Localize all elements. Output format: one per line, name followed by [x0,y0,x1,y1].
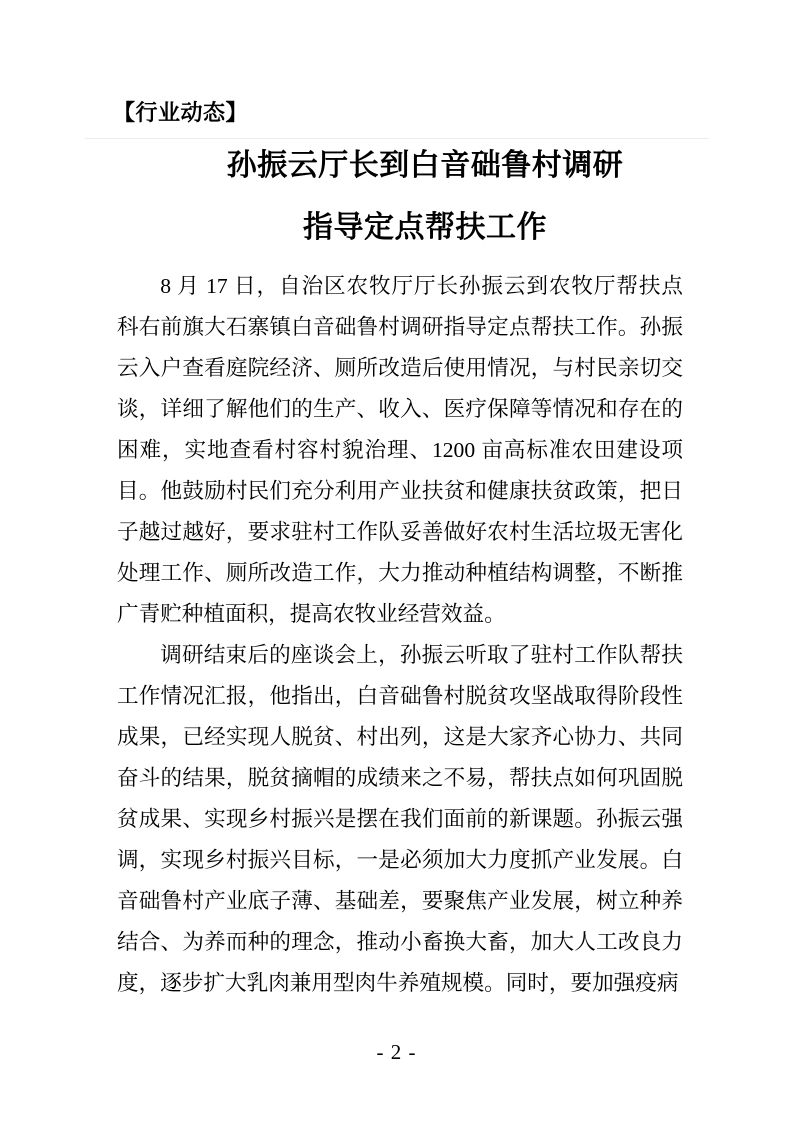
section-tag: 【行业动态】 [113,99,248,127]
article-title-line-1: 孙振云厅长到白音础鲁村调研 [169,135,681,197]
article-title: 孙振云厅长到白音础鲁村调研 指导定点帮扶工作 [117,135,681,259]
article-title-line-2: 指导定点帮扶工作 [169,197,681,259]
article-paragraph-2: 调研结束后的座谈会上，孙振云听取了驻村工作队帮扶工作情况汇报，他指出，白音础鲁村… [117,635,683,1004]
document-page: 【行业动态】 孙振云厅长到白音础鲁村调研 指导定点帮扶工作 8 月 17 日，自… [0,0,793,1122]
article-paragraph-1: 8 月 17 日，自治区农牧厅厅长孙振云到农牧厅帮扶点科右前旗大石寨镇白音础鲁村… [117,266,683,635]
page-number: - 2 - [0,1040,793,1065]
article-body: 8 月 17 日，自治区农牧厅厅长孙振云到农牧厅帮扶点科右前旗大石寨镇白音础鲁村… [117,266,683,1004]
